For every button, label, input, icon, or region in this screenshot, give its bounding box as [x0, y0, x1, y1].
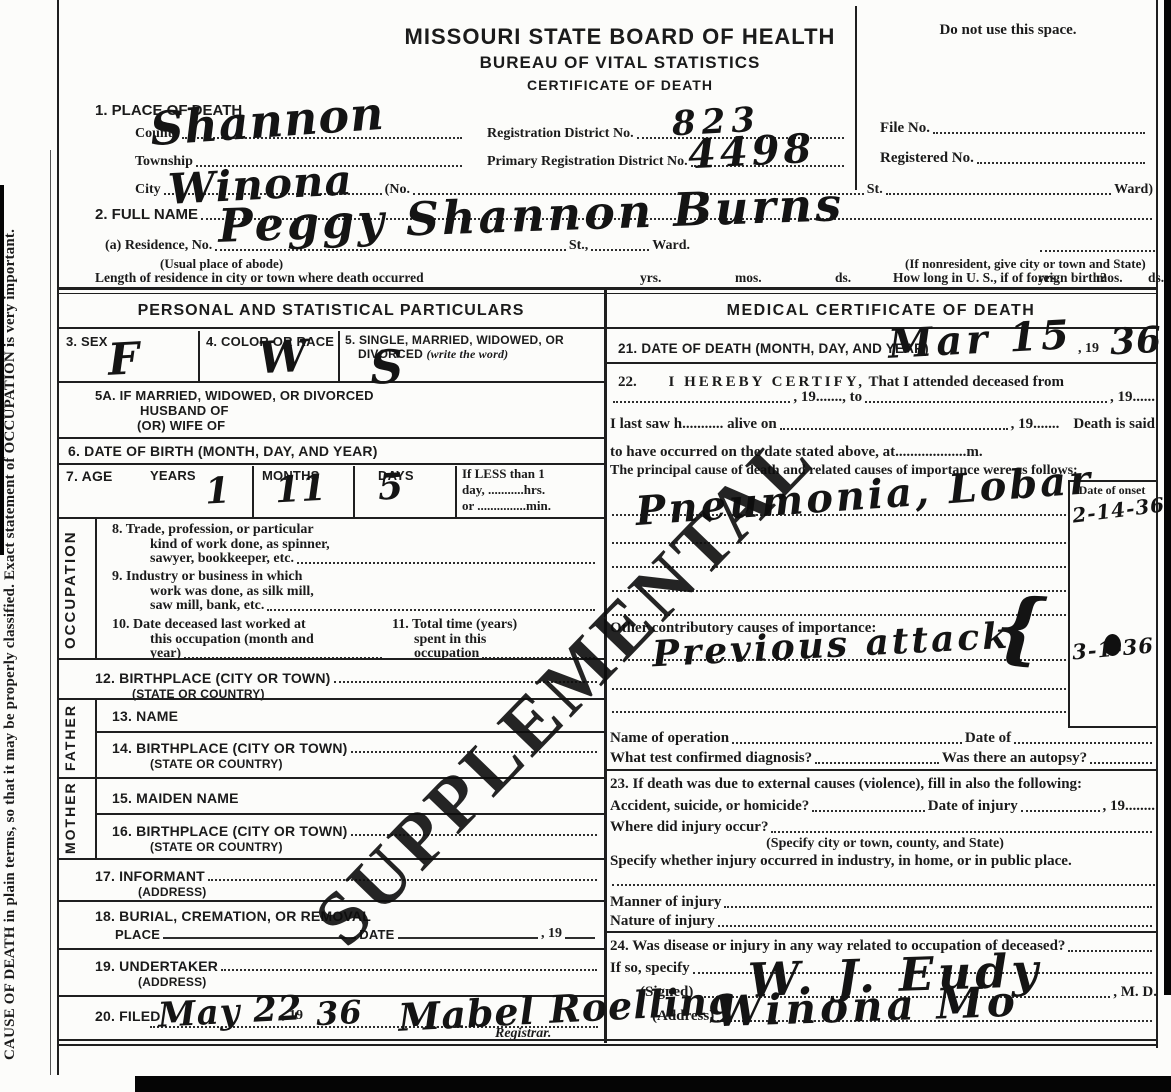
mother-divider [95, 777, 97, 858]
length-yrs-label: yrs. [640, 270, 661, 286]
less-than-note-1: If LESS than 1 [462, 466, 545, 482]
father-side-label: FATHER [62, 700, 90, 776]
ward-label: Ward) [1114, 182, 1153, 198]
wife-of-label: (OR) WIFE OF [137, 418, 225, 433]
accident-label: Accident, suicide, or homicide? [610, 798, 809, 815]
occ-item8-line3-text: sawyer, bookkeeper, etc. [150, 551, 294, 567]
where-injury-label: Where did injury occur? [610, 819, 768, 836]
filed-year-value: 36 [315, 993, 363, 1033]
occupation-related-blank [1068, 950, 1152, 952]
m5a-rule [57, 437, 605, 439]
undertaker-label: 19. UNDERTAKER [95, 958, 218, 974]
registered-no-blank [977, 162, 1145, 164]
length-residence-label: Length of residence in city or town wher… [95, 270, 424, 286]
file-no-row: File No. [880, 120, 1148, 137]
personal-title-rule [57, 327, 605, 329]
burial-place-blank [163, 937, 356, 939]
certify-rest: That I attended deceased from [865, 374, 1064, 390]
manner-injury-label: Manner of injury [610, 894, 721, 911]
md-label: , M. D. [1113, 984, 1157, 1001]
manner-injury-row: Manner of injury [610, 894, 1155, 911]
age-divider-1 [252, 466, 254, 517]
age-rule [57, 517, 605, 519]
scan-edge-bottom [135, 1076, 1171, 1092]
county-value: Shannon [148, 86, 386, 156]
us-yrs-label: yrs. [1038, 270, 1059, 286]
operation-date-blank [1014, 742, 1152, 744]
us-ds-label: ds. [1148, 270, 1164, 286]
occ-item8-line1: 8. Trade, profession, or particular [112, 522, 314, 538]
attended-19a: , 19......., to [793, 389, 862, 406]
length-ds-label: ds. [835, 270, 851, 286]
date-of-death-year-value: 36 [1109, 319, 1163, 364]
street-blank [886, 193, 1111, 195]
occ-item10-line1: 10. Date deceased last worked at [112, 617, 306, 633]
handwritten-brace: { [992, 580, 1049, 674]
accident-row: Accident, suicide, or homicide? Date of … [610, 798, 1155, 815]
sex-cell-divider [198, 331, 200, 381]
operation-date-label: Date of [965, 730, 1011, 747]
registered-no-row: Registered No. [880, 150, 1148, 167]
last-saw-label: I last saw h........... alive on [610, 416, 777, 433]
ink-blot [1104, 634, 1121, 656]
residence-label: (a) Residence, No. [105, 238, 212, 254]
burial-place-label: PLACE [115, 927, 160, 942]
personal-title: PERSONAL AND STATISTICAL PARTICULARS [57, 302, 605, 320]
specify-whether-label: Specify whether injury occurred in indus… [610, 853, 1072, 870]
registrar-signature: Mabel Roelling [397, 977, 737, 1040]
marital-label-write-word: (write the word) [426, 347, 508, 361]
informant-address-note: (ADDRESS) [138, 885, 206, 899]
onset-box-left [1068, 480, 1070, 728]
registration-district-label: Registration District No. [487, 126, 634, 142]
file-no-label: File No. [880, 120, 930, 137]
physician-address-value: Winona Mo [714, 977, 1019, 1037]
husband-of-label: HUSBAND OF [140, 403, 229, 418]
undertaker-address-note: (ADDRESS) [138, 975, 206, 989]
occ-item9-line1: 9. Industry or business in which [112, 569, 302, 585]
occ-item9-line3-text: saw mill, bank, etc. [150, 598, 264, 614]
autopsy-rule [605, 769, 1156, 771]
where-injury-row: Where did injury occur? [610, 819, 1155, 836]
occupation-side-label: OCCUPATION [62, 522, 92, 658]
color-race-value: W [257, 331, 310, 385]
mother-birthplace-row: 16. BIRTHPLACE (CITY OR TOWN) [112, 823, 600, 839]
bureau-title: BUREAU OF VITAL STATISTICS [330, 53, 910, 73]
less-than-note-2: day, ...........hrs. [462, 482, 545, 498]
how-long-us-label: How long in U. S., if of foreign birth? [893, 270, 1107, 286]
where-injury-blank [771, 831, 1152, 833]
filed-label: 20. FILED [95, 1008, 161, 1024]
specify-city-note: (Specify city or town, county, and State… [655, 836, 1115, 852]
bottom-rule-bottom [57, 1044, 1157, 1046]
operation-row: Name of operation Date of [610, 730, 1155, 747]
mother-maiden-rule [95, 813, 604, 815]
occupation-rule [57, 658, 605, 660]
burial-rule [57, 948, 605, 950]
injury-date-label: Date of injury [928, 798, 1018, 815]
date-of-death-value: Mar 15 [887, 311, 1074, 368]
bottom-rule-top [57, 1039, 1157, 1041]
father-birthplace-note: (STATE OR COUNTRY) [150, 757, 283, 771]
mother-maiden-label: 15. MAIDEN NAME [112, 790, 239, 806]
certificate-title: CERTIFICATE OF DEATH [330, 77, 910, 93]
occ-item8-line3: sawyer, bookkeeper, etc. [150, 551, 598, 567]
informant-label: 17. INFORMANT [95, 868, 205, 884]
if-so-label: If so, specify [610, 960, 690, 977]
mother-birthplace-note: (STATE OR COUNTRY) [150, 840, 283, 854]
scan-edge-right [1164, 0, 1171, 995]
last-saw-blank [780, 428, 1008, 430]
burial-date-blank [398, 937, 539, 939]
onset-box-bottom [1068, 726, 1157, 728]
birthplace-label: 12. BIRTHPLACE (CITY OR TOWN) [95, 670, 331, 686]
us-mos-label: mos. [1096, 270, 1123, 286]
attended-to-blank [865, 401, 1107, 403]
burial-year-label: , 19 [541, 926, 562, 942]
contributory-line-3 [612, 711, 1066, 713]
occupation-divider [95, 517, 97, 658]
injury-date-blank [1021, 810, 1100, 812]
date-of-death-rule [605, 362, 1156, 364]
mother-rule [57, 858, 605, 860]
age-divider-3 [455, 466, 457, 517]
age-years-label: YEARS [150, 468, 196, 483]
age-label: 7. AGE [66, 468, 113, 484]
operation-label: Name of operation [610, 730, 729, 747]
form-border-left [57, 0, 59, 1075]
external-causes-label: 23. If death was due to external causes … [610, 776, 1082, 793]
margin-note: CAUSE OF DEATH in plain terms, so that i… [2, 40, 26, 1060]
less-than-note-3: or ...............min. [462, 498, 551, 514]
injury-extra-line [612, 884, 1155, 886]
age-months-value: 11 [274, 467, 328, 512]
certify-emphasis: I HEREBY CERTIFY, [669, 374, 865, 390]
header-rule-top [57, 287, 1157, 290]
last-saw-row: I last saw h........... alive on , 19...… [610, 416, 1155, 433]
nature-injury-row: Nature of injury [610, 913, 1155, 930]
nature-injury-label: Nature of injury [610, 913, 715, 930]
dob-rule [57, 463, 605, 465]
autopsy-label: Was there an autopsy? [942, 750, 1087, 767]
date-of-death-label: 21. DATE OF DEATH (MONTH, DAY, AND YEAR) [618, 341, 929, 356]
residence-ward-label: Ward. [652, 238, 690, 254]
if-married-label: 5A. IF MARRIED, WIDOWED, OR DIVORCED [95, 388, 374, 403]
form-border-right [1156, 0, 1158, 1048]
file-no-blank [933, 132, 1145, 134]
attended-19b: , 19...... [1110, 389, 1155, 406]
medical-title-rule [606, 327, 1157, 329]
undertaker-row: 19. UNDERTAKER [95, 958, 600, 974]
residence-st-blank [591, 249, 649, 251]
burial-year-blank [565, 937, 595, 939]
age-divider-2 [353, 466, 355, 517]
mother-birthplace-label: 16. BIRTHPLACE (CITY OR TOWN) [112, 823, 348, 839]
injury-19: , 19........ [1103, 798, 1156, 815]
contributory-line-2 [612, 688, 1066, 690]
nonresident-blank [1040, 250, 1155, 252]
last-saw-19: , 19....... [1011, 416, 1060, 433]
city-label: City [135, 182, 161, 198]
father-name-label: 13. NAME [112, 708, 178, 724]
mother-side-label: MOTHER [62, 780, 90, 856]
test-row: What test confirmed diagnosis? Was there… [610, 750, 1155, 767]
age-days-value: 5 [377, 465, 405, 508]
nature-injury-blank [718, 925, 1152, 927]
father-divider [95, 698, 97, 777]
sex-label: 3. SEX [66, 334, 108, 349]
autopsy-blank [1090, 762, 1152, 764]
primary-registration-value: 4498 [687, 125, 817, 179]
street-label: St. [867, 182, 883, 198]
marital-value: S [369, 339, 406, 395]
sex-value: F [107, 333, 142, 386]
death-said-label: Death is said [1073, 416, 1155, 433]
certify-number: 22. [618, 374, 637, 390]
nature-rule [605, 931, 1156, 933]
board-title: MISSOURI STATE BOARD OF HEALTH [330, 24, 910, 50]
date-of-birth-label: 6. DATE OF BIRTH (MONTH, DAY, AND YEAR) [68, 443, 378, 459]
header-rule-bottom [57, 293, 1157, 294]
attended-from-blank [613, 401, 790, 403]
occ-item9-line3: saw mill, bank, etc. [150, 598, 598, 614]
undertaker-blank [221, 969, 597, 971]
registered-no-label: Registered No. [880, 150, 974, 167]
primary-registration-label: Primary Registration District No. [487, 154, 688, 170]
occ-item9-blank [267, 609, 595, 611]
accident-blank [812, 810, 924, 812]
age-years-value: 1 [204, 469, 232, 512]
color-cell-divider [338, 331, 340, 381]
attended-dates-row: , 19......., to , 19...... [610, 390, 1155, 406]
form-border-left-inner [50, 150, 51, 1075]
manner-injury-blank [724, 906, 1152, 908]
test-label: What test confirmed diagnosis? [610, 750, 812, 767]
occ-item8-blank [297, 562, 595, 564]
occ-item11-line1: 11. Total time (years) [392, 617, 517, 633]
father-birthplace-label: 14. BIRTHPLACE (CITY OR TOWN) [112, 740, 348, 756]
length-mos-label: mos. [735, 270, 762, 286]
date-of-death-19: , 19 [1078, 341, 1099, 357]
filed-date-value: May 22 [157, 988, 303, 1036]
operation-blank [732, 742, 962, 744]
death-certificate-scan: CAUSE OF DEATH in plain terms, so that i… [0, 0, 1171, 1092]
test-blank [815, 762, 939, 764]
medical-title: MEDICAL CERTIFICATE OF DEATH [605, 302, 1157, 320]
